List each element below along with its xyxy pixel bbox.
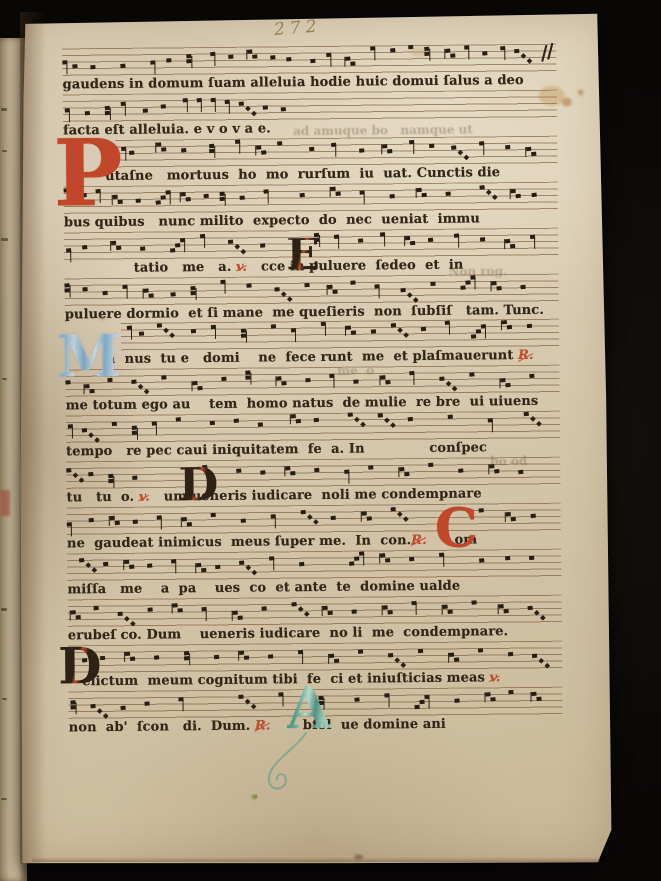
neume-punctum xyxy=(505,145,510,150)
neume-stem xyxy=(225,282,226,293)
neume-punctum xyxy=(449,652,454,657)
neume-punctum xyxy=(527,606,532,611)
neume-punctum xyxy=(354,697,359,702)
neume-diamond xyxy=(452,386,458,392)
neume-stem xyxy=(215,101,216,112)
neume-punctum xyxy=(256,145,261,150)
neume-punctum xyxy=(261,606,266,611)
staff-end-mark xyxy=(547,43,553,60)
neume-punctum xyxy=(156,142,161,147)
neume-punctum xyxy=(348,413,353,418)
neume-diamond xyxy=(251,703,257,709)
neume-punctum xyxy=(511,517,516,522)
neume-stem xyxy=(136,428,138,440)
neume-punctum xyxy=(274,287,279,292)
neume-diamond xyxy=(281,291,287,297)
neume-stem xyxy=(215,328,216,339)
neume-stem xyxy=(189,653,191,665)
neume-punctum xyxy=(532,653,537,658)
neume-punctum xyxy=(387,610,392,615)
neume-punctum xyxy=(170,248,175,253)
neume-punctum xyxy=(203,193,208,198)
neume-diamond xyxy=(103,713,109,719)
neume-stem xyxy=(474,277,476,289)
neume-stem xyxy=(428,697,430,709)
chant-system: tu tu o. v. um ueneris iudicare noli me … xyxy=(66,457,560,508)
neume-punctum xyxy=(515,194,520,199)
chant-system: puluere dormio et ſi mane me queſieris n… xyxy=(64,273,558,324)
versicle-mark: v. xyxy=(489,670,500,685)
neume-punctum xyxy=(177,608,182,613)
neume-punctum xyxy=(79,558,84,563)
neume-punctum xyxy=(471,600,476,605)
neume-diamond xyxy=(245,106,251,112)
neume-punctum xyxy=(304,282,309,287)
neume-punctum xyxy=(239,101,244,106)
neume-punctum xyxy=(414,704,419,709)
neume-stem xyxy=(295,332,296,343)
neume-punctum xyxy=(380,375,385,380)
neume-punctum xyxy=(527,324,532,329)
neume-punctum xyxy=(489,464,494,469)
neume-punctum xyxy=(478,648,483,653)
underpage-ink-tick xyxy=(1,798,7,800)
neume-punctum xyxy=(479,558,484,563)
neume-punctum xyxy=(450,53,455,58)
neume-punctum xyxy=(93,606,98,611)
neume-punctum xyxy=(211,513,216,518)
neume-stem xyxy=(338,237,339,248)
neume-stem xyxy=(214,55,215,66)
neume-punctum xyxy=(102,290,107,295)
neume-punctum xyxy=(471,335,476,340)
neume-punctum xyxy=(490,697,495,702)
neume-punctum xyxy=(187,522,192,527)
neume-punctum xyxy=(232,610,237,615)
neume-diamond xyxy=(97,708,103,714)
neume-stem xyxy=(282,695,283,706)
neume-diamond xyxy=(394,657,400,663)
neume-punctum xyxy=(445,48,450,53)
neume-punctum xyxy=(89,518,94,523)
neume-stem xyxy=(468,49,469,60)
neume-punctum xyxy=(520,284,525,289)
neume-punctum xyxy=(506,512,511,517)
neume-punctum xyxy=(197,386,202,391)
neume-punctum xyxy=(276,376,281,381)
neume-punctum xyxy=(387,149,392,154)
neume-punctum xyxy=(129,150,134,155)
initial-d-dum: D xyxy=(178,467,218,503)
staff-lines xyxy=(64,181,558,214)
neume-punctum xyxy=(117,611,122,616)
neume-punctum xyxy=(281,107,286,112)
neume-punctum xyxy=(70,610,75,615)
neume-diamond xyxy=(163,328,169,334)
neume-punctum xyxy=(228,239,233,244)
neume-punctum xyxy=(494,469,499,474)
neume-diamond xyxy=(124,616,130,622)
neume-punctum xyxy=(391,323,396,328)
neume-stem xyxy=(504,49,505,60)
neume-stem xyxy=(170,192,172,204)
neume-stem xyxy=(69,285,71,297)
underpage-ink-tick xyxy=(1,238,8,241)
neume-punctum xyxy=(166,58,171,63)
neume-stem xyxy=(534,237,535,248)
neume-diamond xyxy=(251,111,257,117)
neume-punctum xyxy=(510,243,515,248)
neume-punctum xyxy=(161,104,166,109)
neume-punctum xyxy=(88,472,93,477)
neume-punctum xyxy=(270,55,275,60)
page-content: 272 ad amuque bo namque utNon rog.me obo… xyxy=(16,9,616,867)
neume-punctum xyxy=(263,105,268,110)
neume-punctum xyxy=(458,468,463,473)
neume-stem xyxy=(384,235,385,246)
neume-punctum xyxy=(144,701,149,706)
neume-diamond xyxy=(94,437,100,443)
neume-punctum xyxy=(359,148,364,153)
neume-diamond xyxy=(245,565,251,571)
neume-stem xyxy=(388,696,389,707)
neume-stem xyxy=(206,610,207,621)
neume-stem xyxy=(72,428,73,439)
neume-punctum xyxy=(447,609,452,614)
neume-punctum xyxy=(214,654,219,659)
neume-punctum xyxy=(405,235,410,240)
neume-punctum xyxy=(410,240,415,245)
neume-diamond xyxy=(169,333,175,339)
neume-stem xyxy=(175,562,176,573)
neume-punctum xyxy=(502,320,507,325)
initial-a-absolue: A xyxy=(286,686,331,732)
staff-lines xyxy=(66,457,560,490)
neume-diamond xyxy=(251,570,257,576)
neume-punctum xyxy=(260,243,265,248)
neume-punctum xyxy=(498,604,503,609)
neume-punctum xyxy=(368,465,373,470)
chant-system: tempo re pec caui iniquitatem fe a. In c… xyxy=(66,411,560,462)
neume-stem xyxy=(485,327,487,339)
neume-punctum xyxy=(529,556,534,561)
neume-punctum xyxy=(479,185,484,190)
neume-punctum xyxy=(421,327,426,332)
neume-punctum xyxy=(181,148,186,153)
versicle-mark: v. xyxy=(139,490,150,505)
staff-lines xyxy=(115,135,557,167)
neume-punctum xyxy=(228,55,233,60)
neume-diamond xyxy=(534,610,540,616)
neume-punctum xyxy=(147,563,152,568)
neume-stem xyxy=(66,63,67,74)
neume-punctum xyxy=(390,507,395,512)
neume-diamond xyxy=(403,516,409,522)
neume-punctum xyxy=(238,694,243,699)
neume-punctum xyxy=(234,419,239,424)
neume-diamond xyxy=(397,511,403,517)
response-mark: R. xyxy=(518,348,534,363)
neume-stem xyxy=(156,425,157,436)
neume-punctum xyxy=(508,652,513,657)
chant-system: ne gaudeat inimicus meus ſuper me. In co… xyxy=(67,503,561,554)
neume-punctum xyxy=(351,331,356,336)
manuscript-page: 272 ad amuque bo namque utNon rog.me obo… xyxy=(20,12,612,864)
neume-punctum xyxy=(350,280,355,285)
neume-punctum xyxy=(160,195,165,200)
neume-punctum xyxy=(327,284,332,289)
neume-punctum xyxy=(526,147,531,152)
chant-system: bus quibus nunc milito expecto do nec ue… xyxy=(64,181,558,232)
neume-punctum xyxy=(299,562,304,567)
neume-stem xyxy=(113,476,115,488)
staff-lines xyxy=(67,549,561,582)
neume-punctum xyxy=(286,57,291,62)
neume-diamond xyxy=(88,432,94,438)
neume-punctum xyxy=(465,280,470,285)
neume-stem xyxy=(161,518,162,529)
neume-punctum xyxy=(442,604,447,609)
neume-punctum xyxy=(85,111,90,116)
neume-punctum xyxy=(380,553,385,558)
neume-stem xyxy=(250,373,252,385)
neume-punctum xyxy=(505,239,510,244)
neume-punctum xyxy=(299,193,304,198)
neume-punctum xyxy=(261,150,266,155)
neume-stem xyxy=(325,325,326,336)
neume-punctum xyxy=(161,147,166,152)
neume-punctum xyxy=(157,324,162,329)
neume-stem xyxy=(330,56,331,67)
underpage-ink-tick xyxy=(2,698,7,700)
neume-diamond xyxy=(463,154,469,160)
neume-punctum xyxy=(258,422,263,427)
neume-diamond xyxy=(360,422,366,428)
neume-diamond xyxy=(527,58,533,64)
neume-punctum xyxy=(479,508,484,513)
neume-punctum xyxy=(536,696,541,701)
neume-punctum xyxy=(239,560,244,565)
neume-diamond xyxy=(234,243,240,249)
neume-punctum xyxy=(335,191,340,196)
staff-lines xyxy=(68,594,562,627)
neume-punctum xyxy=(428,463,433,468)
chant-system: utaſne mortuus ho mo rurſum iu uat. Cunc… xyxy=(63,135,557,186)
neume-punctum xyxy=(419,699,424,704)
neume-punctum xyxy=(385,558,390,563)
neume-punctum xyxy=(503,609,508,614)
neume-punctum xyxy=(529,374,534,379)
underpage-red-bleed xyxy=(1,490,10,516)
neume-stem xyxy=(379,287,380,298)
neume-punctum xyxy=(82,428,87,433)
neume-punctum xyxy=(182,517,187,522)
neume-punctum xyxy=(454,657,459,662)
underpage-ink-tick xyxy=(1,108,7,111)
neume-punctum xyxy=(476,330,481,335)
neume-punctum xyxy=(500,378,505,383)
neume-punctum xyxy=(124,559,129,564)
neume-punctum xyxy=(192,381,197,386)
neume-stem xyxy=(183,700,184,711)
neume-punctum xyxy=(236,469,241,474)
neume-punctum xyxy=(496,286,501,291)
neume-punctum xyxy=(72,64,77,69)
parchment-stain xyxy=(562,98,572,107)
photograph-black-backdrop: 272 ad amuque bo namque utNon rog.me obo… xyxy=(0,0,661,881)
initial-m-manus: M xyxy=(57,334,122,380)
neume-punctum xyxy=(351,609,356,614)
neume-punctum xyxy=(131,380,136,385)
neume-punctum xyxy=(531,514,536,519)
neume-punctum xyxy=(350,61,355,66)
neume-punctum xyxy=(103,562,108,567)
neume-punctum xyxy=(281,381,286,386)
neume-stem xyxy=(273,559,274,570)
neume-stem xyxy=(125,150,126,161)
neume-punctum xyxy=(221,377,226,382)
neume-punctum xyxy=(451,145,456,150)
page-number-annotation: 272 xyxy=(273,16,322,40)
neume-punctum xyxy=(201,568,206,573)
neume-punctum xyxy=(480,237,485,242)
neume-punctum xyxy=(110,516,115,521)
initial-e-ecce: E xyxy=(286,238,320,273)
neume-punctum xyxy=(143,108,148,113)
neume-punctum xyxy=(385,380,390,385)
neume-punctum xyxy=(421,192,426,197)
neume-punctum xyxy=(382,605,387,610)
neume-punctum xyxy=(210,421,215,426)
neume-punctum xyxy=(349,561,354,566)
neume-punctum xyxy=(327,610,332,615)
neume-diamond xyxy=(298,606,304,612)
neume-punctum xyxy=(180,192,185,197)
neume-punctum xyxy=(115,521,120,526)
neume-punctum xyxy=(409,557,414,562)
neume-diamond xyxy=(530,416,536,422)
neume-stem xyxy=(492,421,493,432)
neume-punctum xyxy=(404,472,409,477)
neume-stem xyxy=(201,101,202,112)
stains-layer xyxy=(16,9,608,15)
neume-punctum xyxy=(76,615,81,620)
neume-stem xyxy=(302,653,303,664)
neume-punctum xyxy=(345,56,350,61)
neume-punctum xyxy=(133,520,138,525)
neume-stem xyxy=(458,236,459,247)
neume-diamond xyxy=(240,248,246,254)
neume-punctum xyxy=(139,332,144,337)
neume-stem xyxy=(333,377,334,388)
initial-p-putasne: P xyxy=(53,138,123,210)
neume-punctum xyxy=(120,64,125,69)
parchment-stain xyxy=(99,314,105,320)
neume-punctum xyxy=(244,655,249,660)
neume-punctum xyxy=(388,653,393,658)
neume-punctum xyxy=(161,376,166,381)
neume-stem xyxy=(348,473,349,484)
parchment-stain xyxy=(578,89,584,95)
neume-punctum xyxy=(353,380,358,385)
staff-lines xyxy=(67,503,561,536)
ink-bleedthrough-layer: ad amuque bo namque utNon rog.me obo od xyxy=(16,9,608,15)
neume-punctum xyxy=(314,468,319,473)
initial-a-flourish-tail xyxy=(235,730,356,816)
neume-punctum xyxy=(143,288,148,293)
neume-stem xyxy=(363,553,365,565)
neume-diamond xyxy=(79,477,85,483)
neume-punctum xyxy=(196,563,201,568)
neume-punctum xyxy=(309,147,314,152)
staff-lines xyxy=(68,640,562,673)
neume-punctum xyxy=(111,240,116,245)
neume-stem xyxy=(71,525,72,536)
neume-punctum xyxy=(252,54,257,59)
neume-stem xyxy=(154,64,155,75)
neume-stem xyxy=(214,146,216,158)
neume-punctum xyxy=(416,187,421,192)
neume-punctum xyxy=(172,603,177,608)
versicle-mark: v. xyxy=(236,259,247,274)
neume-punctum xyxy=(301,510,306,515)
neume-punctum xyxy=(191,329,196,334)
neume-punctum xyxy=(389,194,394,199)
neume-punctum xyxy=(332,289,337,294)
neume-punctum xyxy=(314,418,319,423)
initial-d-delictum: D xyxy=(58,646,102,685)
chant-systems: gaudens in domum ſuam alleluia hodie hui… xyxy=(62,44,556,49)
neume-stem xyxy=(335,146,336,157)
neume-punctum xyxy=(238,615,243,620)
response-mark: R. xyxy=(255,718,271,733)
neume-punctum xyxy=(186,197,191,202)
neume-punctum xyxy=(514,49,519,54)
neume-stem xyxy=(195,288,197,300)
neume-punctum xyxy=(140,246,145,251)
underpage-ink-tick xyxy=(2,378,7,380)
neume-diamond xyxy=(413,297,419,303)
neume-punctum xyxy=(531,691,536,696)
neume-diamond xyxy=(354,417,360,423)
neume-diamond xyxy=(520,53,526,59)
neume-punctum xyxy=(378,413,383,418)
page-bottom-edge xyxy=(32,857,600,862)
neume-punctum xyxy=(491,281,496,286)
neume-punctum xyxy=(120,705,125,710)
neume-punctum xyxy=(399,467,404,472)
neume-punctum xyxy=(239,650,244,655)
neume-punctum xyxy=(285,466,290,471)
neume-diamond xyxy=(307,514,313,520)
neume-diamond xyxy=(400,662,406,668)
neume-punctum xyxy=(485,692,490,697)
neume-punctum xyxy=(125,651,130,656)
neume-diamond xyxy=(492,194,498,200)
neume-punctum xyxy=(400,287,405,292)
neume-punctum xyxy=(518,470,523,475)
neume-diamond xyxy=(384,418,390,424)
neume-punctum xyxy=(260,470,265,475)
staff-lines xyxy=(65,365,559,398)
initial-c-commissa: C xyxy=(435,506,478,549)
neume-punctum xyxy=(510,189,515,194)
neume-diamond xyxy=(138,384,144,390)
neume-punctum xyxy=(66,468,71,473)
neume-punctum xyxy=(239,195,244,200)
neume-punctum xyxy=(90,65,95,70)
neume-punctum xyxy=(156,200,161,205)
